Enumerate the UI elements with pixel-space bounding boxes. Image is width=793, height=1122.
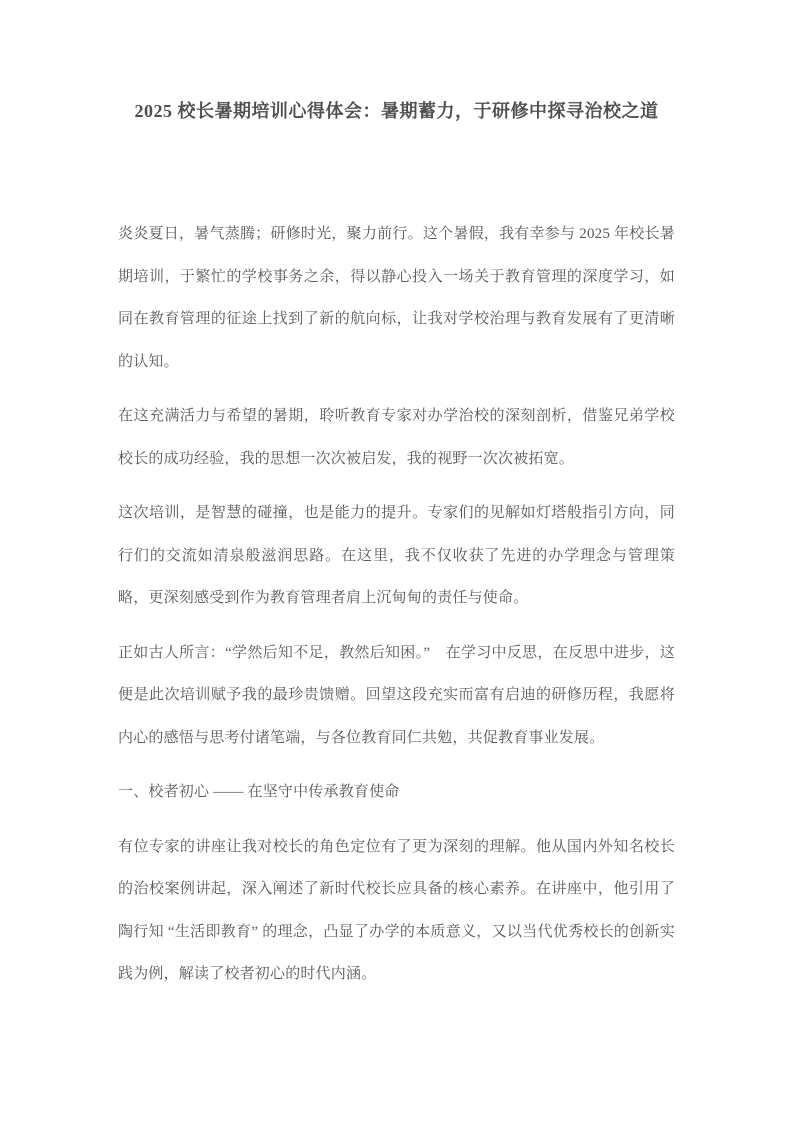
paragraph-summer-listening: 在这充满活力与希望的暑期，聆听教育专家对办学治校的深刻剖析，借鉴兄弟学校校长的成… [118,395,675,480]
paragraph-training-gains: 这次培训，是智慧的碰撞，也是能力的提升。专家们的见解如灯塔般指引方向，同行们的交… [118,492,675,620]
document-page: 2025 校长暑期培训心得体会：暑期蓄力，于研修中探寻治校之道 炎炎夏日，暑气蒸… [0,0,793,1122]
paragraph-expert-lecture: 有位专家的讲座让我对校长的角色定位有了更为深刻的理解。他从国内外知名校长的治校案… [118,826,675,996]
paragraph-ancient-quote: 正如古人所言：“学然后知不足，教然后知困。” 在学习中反思，在反思中进步，这便是… [118,632,675,760]
section-heading-one: 一、校者初心 —— 在坚守中传承教育使命 [118,771,675,814]
document-content: 2025 校长暑期培训心得体会：暑期蓄力，于研修中探寻治校之道 炎炎夏日，暑气蒸… [118,0,675,1008]
paragraph-intro: 炎炎夏日，暑气蒸腾；研修时光，聚力前行。这个暑假，我有幸参与 2025 年校长暑… [118,213,675,383]
document-title: 2025 校长暑期培训心得体会：暑期蓄力，于研修中探寻治校之道 [118,96,675,126]
